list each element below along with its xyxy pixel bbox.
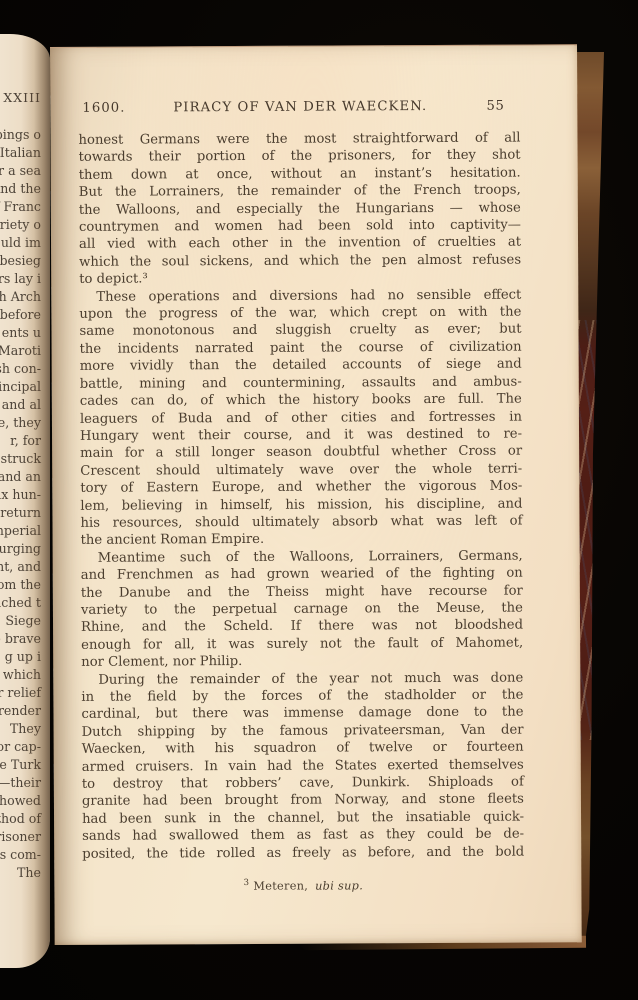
book-photograph: { "photo": { "background_color": "#07050… xyxy=(0,0,638,1000)
text-line: which the soul sickens, and which the pe… xyxy=(79,251,521,271)
paragraph-1: honest Germans were the most straightfor… xyxy=(78,130,521,289)
text-line: posited, the tide rolled as freely as be… xyxy=(82,843,524,863)
facing-page-text-fragments: pings oItalianfor a seaAnd thef Francari… xyxy=(0,126,41,882)
facing-page-edge: P. XXIII pings oItalianfor a seaAnd thef… xyxy=(0,34,50,968)
page-body: honest Germans were the most straightfor… xyxy=(78,130,524,897)
text-line: his resources, should ultimately absorb … xyxy=(80,512,522,532)
main-page: 1600. PIRACY OF VAN DER WAECKEN. 55 hone… xyxy=(50,44,582,945)
header-page-number: 55 xyxy=(446,99,520,115)
text-line: more vividly than the detailed accounts … xyxy=(80,356,522,376)
text-line: lem, believing in himself, his mission, … xyxy=(80,495,522,515)
text-line: tory of Eastern Europe, and whether the … xyxy=(80,478,522,498)
text-line: Crescent should ultimately wave over the… xyxy=(80,460,522,480)
text-line: all vied with each other in the inventio… xyxy=(79,234,521,254)
footnote-source: Meteren, xyxy=(253,879,308,892)
text-line: enough for all, it was surely not the fa… xyxy=(81,634,523,654)
text-line: cades can do, of which the history books… xyxy=(80,391,522,411)
footnote-marker: 3 xyxy=(244,878,250,888)
paragraph-3: Meantime such of the Walloons, Lorrainer… xyxy=(81,547,524,671)
header-title: PIRACY OF VAN DER WAECKEN. xyxy=(154,99,446,117)
facing-page-header-fragment: P. XXIII xyxy=(0,90,41,105)
text-line: Rhine, and the Scheld. If there was not … xyxy=(81,617,523,637)
text-line: Hungary went their course, and it was de… xyxy=(80,425,522,445)
text-line: Waecken, with his squadron of twelve or … xyxy=(82,739,524,759)
text-line: same monotonous and sluggish cruelty as … xyxy=(79,321,521,341)
text-line: the Danube and the Theiss might have rec… xyxy=(81,582,523,602)
text-line: granite had been brought from Norway, an… xyxy=(82,791,524,811)
text-line: cardinal, but there was immense damage d… xyxy=(81,704,523,724)
text-line: and Frenchmen as had grown wearied of th… xyxy=(81,565,523,585)
page-header: 1600. PIRACY OF VAN DER WAECKEN. 55 xyxy=(78,99,520,117)
text-line: sands had swallowed them as fast as they… xyxy=(82,826,524,846)
paragraph-4: During the remainder of the year not muc… xyxy=(81,669,524,863)
header-year: 1600. xyxy=(78,100,154,116)
text-line: main for a still longer season doubtful … xyxy=(80,443,522,463)
footnote-italic-citation: ubi sup. xyxy=(315,879,363,892)
text-line: leaguers of Buda and of other cities and… xyxy=(80,408,522,428)
paragraph-2: These operations and diversions had no s… xyxy=(79,286,522,549)
text-line: But the Lorrainers, the remainder of the… xyxy=(79,182,521,202)
text-line: towards their portion of the prisoners, … xyxy=(79,147,521,167)
footnote: 3 Meteren, ubi sup. xyxy=(82,874,524,896)
